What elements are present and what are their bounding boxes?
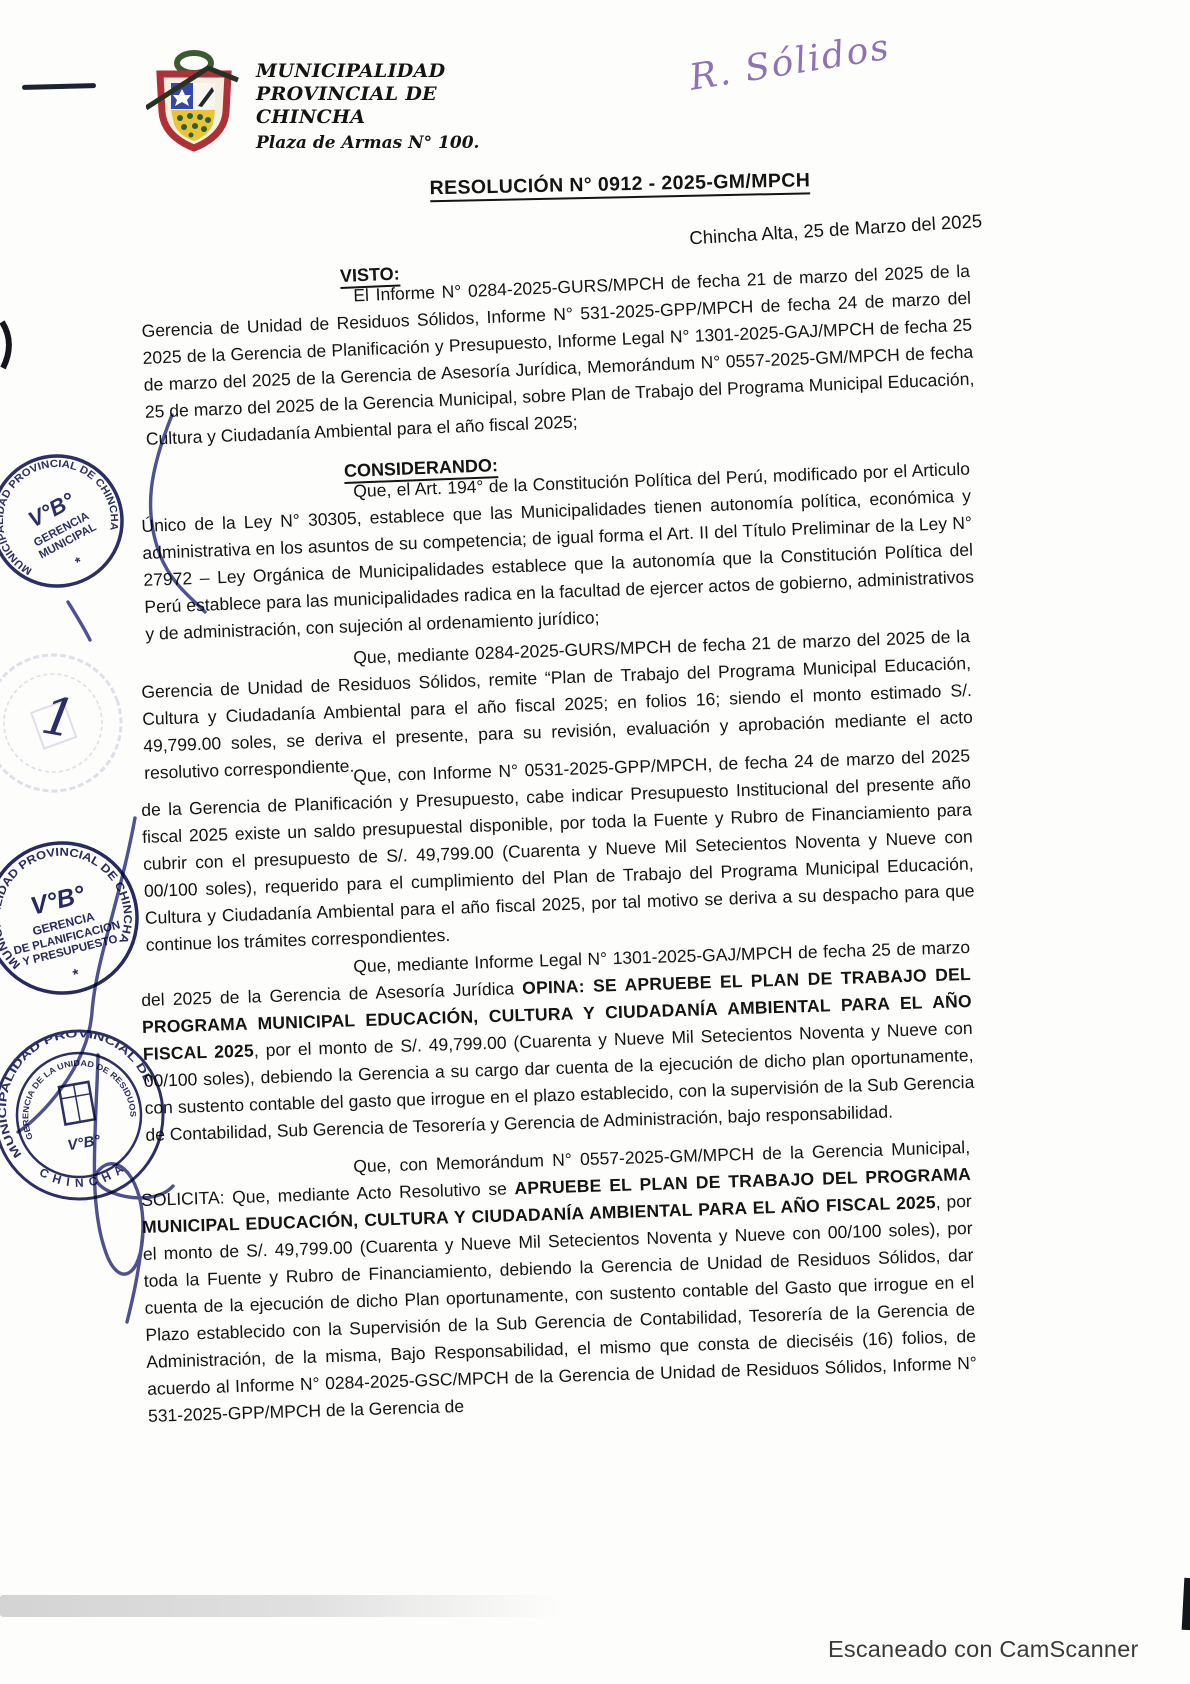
considerando-paragraph-3: Que, con Informe N° 0531-2025-GPP/MPCH, … (140, 742, 976, 958)
svg-text:V°B°: V°B° (24, 488, 78, 533)
scanned-resolution-page: MUNICIPALIDAD PROVINCIAL DE CHINCHA Plaz… (0, 0, 1190, 1684)
resolution-title: RESOLUCIÓN N° 0912 - 2025-GM/MPCH (300, 167, 940, 203)
svg-text:GERENCIA DE LA UNIDAD DE RESID: GERENCIA DE LA UNIDAD DE RESIDUOS SOLIDO… (0, 1012, 140, 1148)
svg-text:GERENCIA: GERENCIA (32, 510, 91, 549)
svg-text:GERENCIA: GERENCIA (31, 909, 96, 938)
letterhead: MUNICIPALIDAD PROVINCIAL DE CHINCHA Plaz… (256, 60, 586, 153)
svg-text:*: * (71, 966, 81, 984)
scan-edge-mark (0, 320, 16, 370)
municipal-coat-of-arms (146, 50, 242, 154)
stamp-ring-text: GERENCIA DE LA UNIDAD DE RESIDUOS SOLIDO… (0, 1012, 140, 1148)
dateline: Chincha Alta, 25 de Marzo del 2025 (536, 210, 983, 258)
handwritten-margin-number: 1 (37, 686, 80, 751)
svg-text:Y PRESUPUESTO: Y PRESUPUESTO (22, 933, 119, 968)
considerando-paragraph-4: Que, mediante Informe Legal N° 1301-2025… (140, 934, 976, 1149)
scan-smudge (0, 1595, 558, 1617)
gerencia-planificacion-presupuesto-stamp: MUNICIPALIDAD PROVINCIAL DE CHINCHA V°B°… (0, 819, 161, 1018)
stamp-ring-text: MUNICIPALIDAD PROVINCIAL DE CHINCHA (0, 436, 131, 585)
svg-text:CHINCHA: CHINCHA (35, 1150, 133, 1198)
considerando-paragraph-5: Que, con Memorándum N° 0557-2025-GM/MPCH… (140, 1134, 978, 1430)
org-address: Plaza de Armas N° 100. (256, 133, 586, 153)
svg-text:MUNICIPAL: MUNICIPAL (37, 521, 98, 561)
svg-text:V°B°: V°B° (66, 1132, 102, 1155)
stamp-ring-text: MUNICIPALIDAD PROVINCIAL DE (0, 1015, 163, 1161)
svg-text:*: * (72, 553, 85, 570)
scan-edge-mark-bottom-right (1182, 1578, 1190, 1630)
svg-text:V°B°: V°B° (28, 880, 89, 921)
gerencia-municipal-stamp: MUNICIPALIDAD PROVINCIAL DE CHINCHA V°B°… (0, 425, 153, 617)
svg-text:MUNICIPALIDAD PROVINCIAL DE CH: MUNICIPALIDAD PROVINCIAL DE CHINCHA (0, 436, 131, 585)
considerando-paragraph-1: Que, el Art. 194° de la Constitución Pol… (140, 456, 975, 648)
svg-text:DE PLANIFICACION: DE PLANIFICACION (13, 919, 122, 957)
stamp-ring-text: CHINCHA (35, 1150, 133, 1198)
faint-ghost-stamp (0, 627, 149, 819)
stamp-ring-text: MUNICIPALIDAD PROVINCIAL DE CHINCHA (0, 831, 141, 976)
svg-text:MUNICIPALIDAD PROVINCIAL DE: MUNICIPALIDAD PROVINCIAL DE (0, 1015, 163, 1161)
visto-body: El Informe N° 0284-2025-GURS/MPCH de fec… (140, 258, 976, 453)
scanner-credit: Escaneado con CamScanner (828, 1636, 1138, 1663)
handwritten-annotation: R. Sólidos (687, 27, 893, 99)
svg-text:MUNICIPALIDAD PROVINCIAL DE CH: MUNICIPALIDAD PROVINCIAL DE CHINCHA (0, 831, 141, 976)
org-name: MUNICIPALIDAD PROVINCIAL DE CHINCHA (256, 60, 586, 129)
stamp-emblem (59, 1082, 95, 1125)
pen-dash-mark (22, 83, 96, 90)
